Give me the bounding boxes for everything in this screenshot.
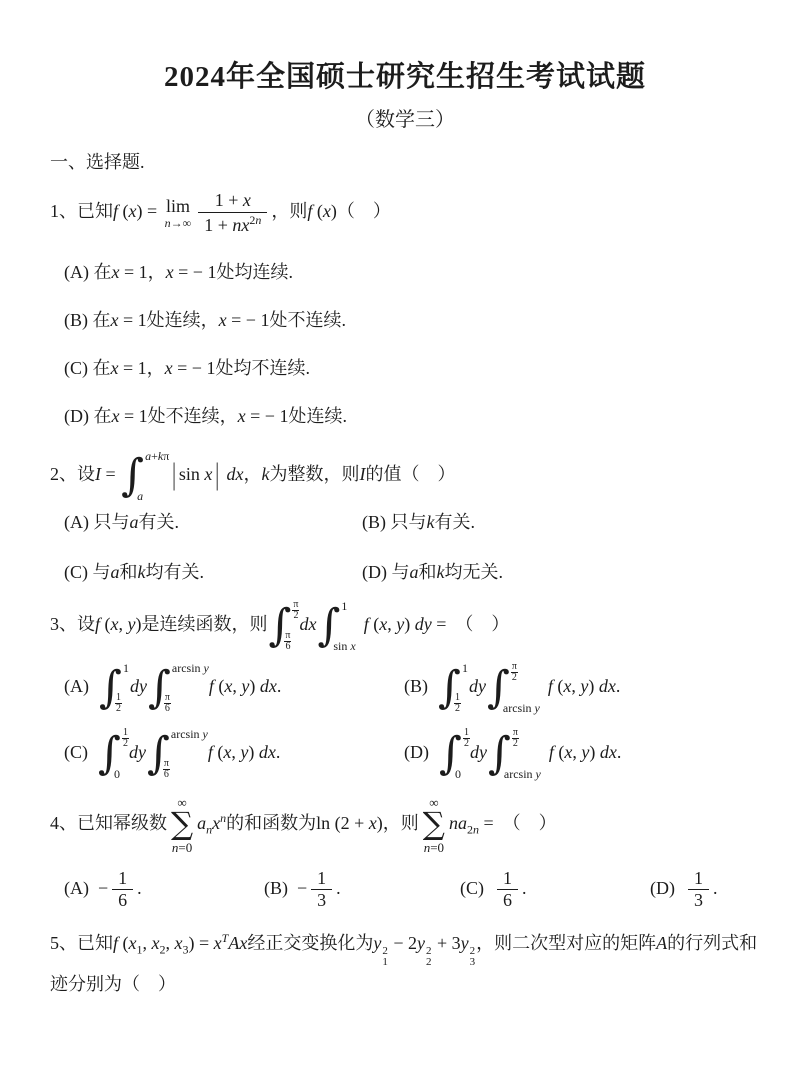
question-1: 1、已知f (x) = limn→∞1 + x1 + nx2n，则f (x)（ … [50, 190, 760, 428]
question-1-options: (A) 在x = 1，x = − 1处均连续. (B) 在x = 1处连续，x … [50, 258, 760, 428]
question-3-stem: 3、设f (x, y)是连续函数，则∫π2π6dx∫1sin xf (x, y)… [50, 600, 760, 652]
question-4-option-c: (C) 16. [460, 868, 650, 912]
question-3-option-c: (C) ∫120dy∫arcsin yπ6f (x, y) dx. [64, 728, 404, 780]
question-2-option-c: (C) 与a和k均有关. [64, 558, 362, 584]
page-title: 2024年全国硕士研究生招生考试试题 [50, 54, 760, 95]
question-4-option-d: (D) 13. [650, 868, 760, 912]
section-heading: 一、选择题. [50, 148, 760, 174]
question-1-option-a: (A) 在x = 1，x = − 1处均连续. [64, 258, 760, 284]
page-subtitle: （数学三） [50, 103, 760, 132]
question-3-option-a: (A) ∫112dy∫arcsin yπ6f (x, y) dx. [64, 662, 404, 714]
question-3: 3、设f (x, y)是连续函数，则∫π2π6dx∫1sin xf (x, y)… [50, 600, 760, 780]
question-2: 2、设I = ∫a+kπa|sin x| dx，k为整数，则I的值（ ） (A)… [50, 450, 760, 584]
question-3-options: (A) ∫112dy∫arcsin yπ6f (x, y) dx. (B) ∫1… [64, 662, 760, 780]
question-1-option-c: (C) 在x = 1，x = − 1处均不连续. [64, 354, 760, 380]
question-1-stem: 1、已知f (x) = limn→∞1 + x1 + nx2n，则f (x)（ … [50, 190, 760, 236]
question-2-option-d: (D) 与a和k均无关. [362, 558, 760, 584]
question-2-option-a: (A) 只与a有关. [64, 508, 362, 534]
question-4-option-b: (B) −13. [264, 868, 460, 912]
question-2-stem: 2、设I = ∫a+kπa|sin x| dx，k为整数，则I的值（ ） [50, 450, 760, 502]
question-1-option-d: (D) 在x = 1处不连续，x = − 1处连续. [64, 402, 760, 428]
question-2-option-b: (B) 只与k有关. [362, 508, 760, 534]
question-4-option-a: (A) −16. [64, 868, 264, 912]
question-4-options: (A) −16. (B) −13. (C) 16. (D) 13. [64, 868, 760, 912]
question-5-stem: 5、已知f (x1, x2, x3) = xTAx经正交变换化为y21 − 2y… [50, 928, 760, 1000]
question-1-option-b: (B) 在x = 1处连续，x = − 1处不连续. [64, 306, 760, 332]
question-4: 4、已知幂级数∞∑n=0anxn的和函数为ln (2 + x)，则∞∑n=0na… [50, 796, 760, 912]
question-3-option-d: (D) ∫120dy∫π2arcsin yf (x, y) dx. [404, 728, 760, 780]
exam-page: 2024年全国硕士研究生招生考试试题 （数学三） 一、选择题. 1、已知f (x… [0, 0, 800, 1000]
question-3-option-b: (B) ∫112dy∫π2arcsin yf (x, y) dx. [404, 662, 760, 714]
question-5: 5、已知f (x1, x2, x3) = xTAx经正交变换化为y21 − 2y… [50, 928, 760, 1000]
question-4-stem: 4、已知幂级数∞∑n=0anxn的和函数为ln (2 + x)，则∞∑n=0na… [50, 796, 760, 853]
question-2-options: (A) 只与a有关. (B) 只与k有关. (C) 与a和k均有关. (D) 与… [64, 508, 760, 584]
